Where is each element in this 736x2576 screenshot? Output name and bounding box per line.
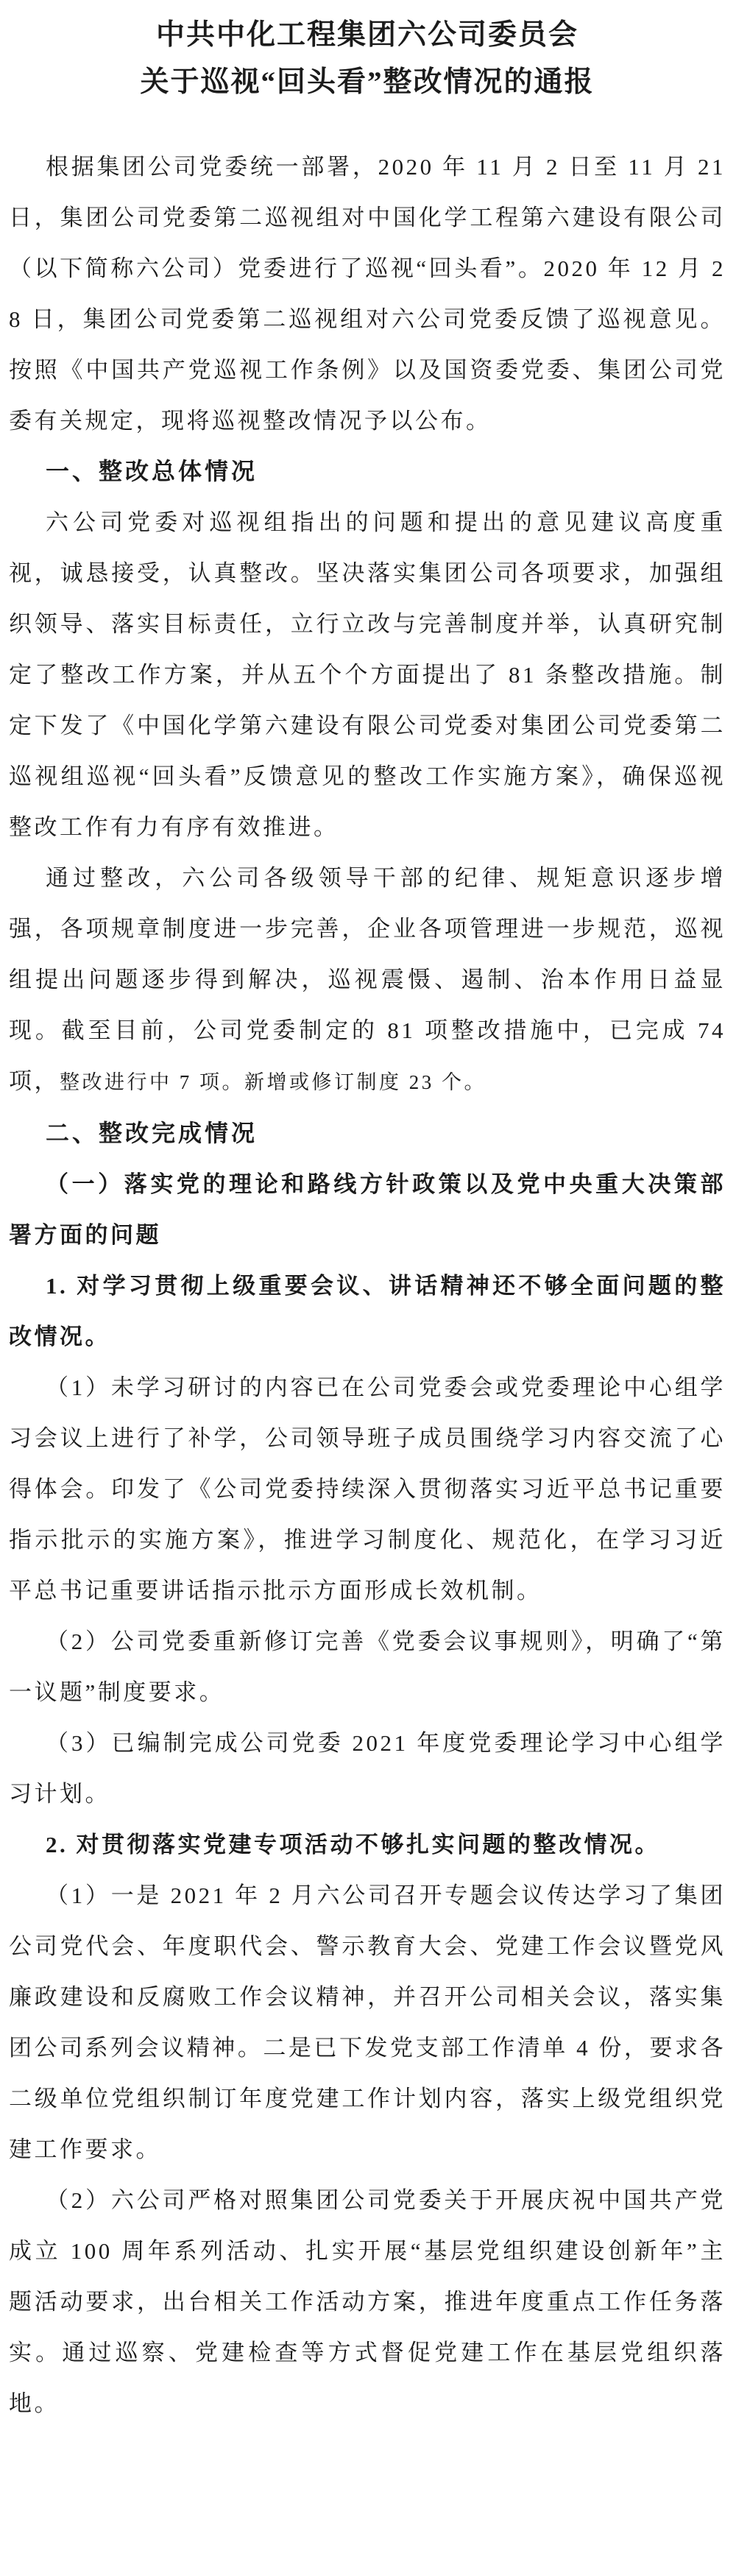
document-title-line-1: 中共中化工程集团六公司委员会	[9, 12, 726, 59]
section-2-heading: 二、整改完成情况	[9, 1108, 726, 1159]
text-segment: 通过整改，六公司各级领导干部的纪律、规矩意识逐步增强，各项规章制度进一步完善，企…	[9, 865, 726, 1094]
overall-situation-paragraph-2: 通过整改，六公司各级领导干部的纪律、规矩意识逐步增强，各项规章制度进一步完善，企…	[9, 853, 726, 1108]
overall-situation-paragraph-1: 六公司党委对巡视组指出的问题和提出的意见建议高度重视，诚恳接受，认真整改。坚决落…	[9, 497, 726, 853]
issue-1-measure-2: （2）公司党委重新修订完善《党委会议事规则》，明确了“第一议题”制度要求。	[9, 1616, 726, 1718]
text-segment: （一）落实党的理论和路线方针政策以及党中央重大决策部署方面的问题	[9, 1171, 726, 1248]
document-title-line-2: 关于巡视“回头看”整改情况的通报	[9, 59, 726, 106]
text-segment: （2）公司党委重新修订完善《党委会议事规则》，明确了“第一议题”制度要求。	[9, 1628, 726, 1705]
issue-1-measure-1: （1）未学习研讨的内容已在公司党委会或党委理论中心组学习会议上进行了补学，公司领…	[9, 1362, 726, 1616]
issue-2-heading: 2. 对贯彻落实党建专项活动不够扎实问题的整改情况。	[9, 1819, 726, 1870]
text-segment: （3）已编制完成公司党委 2021 年度党委理论学习中心组学习计划。	[9, 1730, 726, 1807]
text-segment: （1）一是 2021 年 2 月六公司召开专题会议传达学习了集团公司党代会、年度…	[9, 1882, 726, 2162]
issue-2-measure-1: （1）一是 2021 年 2 月六公司召开专题会议传达学习了集团公司党代会、年度…	[9, 1870, 726, 2175]
opening-paragraph: 根据集团公司党委统一部署，2020 年 11 月 2 日至 11 月 21 日，…	[9, 141, 726, 446]
issue-2-measure-2: （2）六公司严格对照集团公司党委关于开展庆祝中国共产党成立 100 周年系列活动…	[9, 2175, 726, 2429]
text-segment: （1）未学习研讨的内容已在公司党委会或党委理论中心组学习会议上进行了补学，公司领…	[9, 1375, 726, 1603]
text-segment: （2）六公司严格对照集团公司党委关于开展庆祝中国共产党成立 100 周年系列活动…	[9, 2187, 726, 2416]
text-segment: 整改进行中 7 项。新增或修订制度 23 个。	[60, 1071, 486, 1093]
text-segment: 1. 对学习贯彻上级重要会议、讲话精神还不够全面问题的整改情况。	[9, 1273, 726, 1349]
issue-1-heading: 1. 对学习贯彻上级重要会议、讲话精神还不够全面问题的整改情况。	[9, 1260, 726, 1362]
document-title: 中共中化工程集团六公司委员会 关于巡视“回头看”整改情况的通报	[9, 12, 726, 106]
issue-1-measure-3: （3）已编制完成公司党委 2021 年度党委理论学习中心组学习计划。	[9, 1718, 726, 1819]
text-segment: 2. 对贯彻落实党建专项活动不够扎实问题的整改情况。	[46, 1832, 660, 1857]
document-body: 根据集团公司党委统一部署，2020 年 11 月 2 日至 11 月 21 日，…	[9, 141, 726, 2429]
document-page: 中共中化工程集团六公司委员会 关于巡视“回头看”整改情况的通报 根据集团公司党委…	[0, 0, 736, 2460]
section-1-heading: 一、整改总体情况	[9, 446, 726, 497]
text-segment: 二、整改完成情况	[46, 1120, 258, 1146]
text-segment: 根据集团公司党委统一部署，2020 年 11 月 2 日至 11 月 21 日，…	[9, 154, 726, 434]
subsection-1-heading: （一）落实党的理论和路线方针政策以及党中央重大决策部署方面的问题	[9, 1159, 726, 1260]
text-segment: 六公司党委对巡视组指出的问题和提出的意见建议高度重视，诚恳接受，认真整改。坚决落…	[9, 509, 726, 840]
text-segment: 一、整改总体情况	[46, 458, 258, 484]
